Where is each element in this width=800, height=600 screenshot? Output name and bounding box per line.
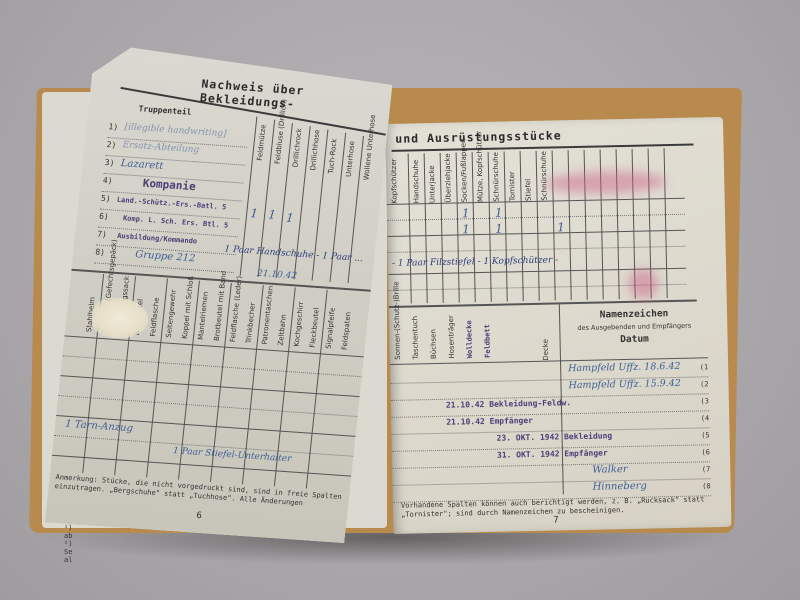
col-header: Handschuhe xyxy=(412,155,421,203)
grid-line xyxy=(552,150,556,300)
col-header: Patronentaschen xyxy=(261,289,275,344)
col-header: Feldbluse (Drillich) xyxy=(274,124,286,164)
signature-text: Walker xyxy=(592,464,628,476)
col-header: Brotbeutel mit Band xyxy=(213,286,227,341)
tally: 1 xyxy=(462,206,470,220)
left-page-heading: Nachweis über Bekleidungs- xyxy=(199,77,392,118)
tally: 1 xyxy=(557,220,565,234)
col-header: Drillichrock xyxy=(291,127,303,167)
signature-text: Hinneberg xyxy=(593,481,647,493)
grid-line xyxy=(664,148,668,298)
unit-row-num: 4) xyxy=(102,176,113,186)
footnote-line: Se xyxy=(64,548,72,556)
row-num: (4 xyxy=(701,414,710,422)
col-header: Überziehjacke xyxy=(444,155,453,203)
col-header: Koppel mit Schloß xyxy=(181,284,195,339)
col-header: Signalpfeife xyxy=(325,294,339,349)
col-header: Mantelriemen xyxy=(197,285,211,340)
handwritten-annotation: 1 Paar Handschuhe - 1 Paar ... xyxy=(224,244,364,264)
col-header: Kopfschützer xyxy=(390,156,399,204)
signature-rows: Hampfeld Uffz. 18.6.42 (1 Hampfeld Uffz.… xyxy=(390,360,711,503)
lower-col-header: Feldbett xyxy=(483,312,492,358)
col-header: Zeltbahn xyxy=(277,291,291,346)
col-header: Schnürschuhe xyxy=(540,153,549,201)
col-header: Seitengewehr xyxy=(165,283,179,338)
row-num: (8 xyxy=(702,482,711,490)
footnote-fragments: ¹) ab ²) Se al xyxy=(64,524,72,564)
handwritten-annotation: 1 Tarn-Anzug xyxy=(65,419,134,435)
unit-entry: Kompanie xyxy=(142,177,196,194)
unit-row-num: 6) xyxy=(99,212,110,222)
unit-row-num: 5) xyxy=(101,194,112,204)
unit-row-num: 8) xyxy=(95,247,106,257)
signature-text: Hampfeld Uffz. 18.6.42 xyxy=(568,361,681,374)
footnote-line: ¹) xyxy=(64,524,72,532)
page-number-left: 6 xyxy=(196,511,202,521)
signature-text: 21.10.42 Bekleidung-Feldw. xyxy=(446,398,571,410)
signature-header: Namenzeichen des Ausgebenden und Empfäng… xyxy=(564,307,705,346)
unit-header: Truppenteil xyxy=(138,104,192,117)
grid-line xyxy=(389,300,697,308)
signature-text: 31. OKT. 1942 Empfänger xyxy=(497,448,608,459)
lower-col-header: Sonnen-(Schutz-)Brille xyxy=(393,314,402,360)
grid-line xyxy=(568,150,572,300)
col-header: Feldspaten xyxy=(340,295,354,350)
col-header: Feldflasche xyxy=(149,282,163,337)
footnote-line: al xyxy=(64,556,72,564)
col-header: Feldflasche (Leder) xyxy=(229,287,243,342)
unit-row-num: 1) xyxy=(108,122,119,132)
row-num: (1 xyxy=(700,363,709,371)
tally: 1 xyxy=(462,222,470,236)
footnote-line: ab xyxy=(64,532,72,540)
unit-entry: [illegible handwriting] xyxy=(124,122,227,139)
col-header: Tornister xyxy=(508,153,517,201)
col-header: Trinkbecher xyxy=(245,288,259,343)
tally: 1 xyxy=(285,211,294,225)
unit-entry: Gruppe 212 xyxy=(135,249,196,264)
torn-paper-patch xyxy=(92,298,148,338)
unit-row-num: 7) xyxy=(97,230,108,240)
tally: 1 xyxy=(495,222,503,236)
col-header: Tuch-Rock xyxy=(327,134,339,174)
tally: 1 xyxy=(268,207,277,221)
row-num: (3 xyxy=(700,397,709,405)
lower-col-header: Taschentuch xyxy=(411,313,420,359)
lower-col-header: Wolldecke xyxy=(465,312,474,358)
row-num: (7 xyxy=(702,465,711,473)
col-header: Unterjacke xyxy=(428,155,437,203)
col-header: Wollene Unterhose xyxy=(362,140,374,180)
lower-col-header: Büchsen xyxy=(429,313,438,359)
signature-text: 21.10.42 Empfänger xyxy=(446,416,533,427)
pink-stain xyxy=(628,268,659,299)
remark-note: Anmerkung: Stücke, die nicht vorgedruckt… xyxy=(54,473,345,511)
unit-row-num: 2) xyxy=(106,140,117,150)
col-header: Kochgeschirr xyxy=(293,292,307,347)
lower-col-header: Hosenträger xyxy=(447,313,456,359)
col-header: Feldmütze xyxy=(256,121,268,161)
unit-row-num: 3) xyxy=(104,158,115,168)
unit-entry: Ausbildung/Kommando xyxy=(117,232,198,246)
tally: 1 xyxy=(250,206,259,220)
right-page: und Ausrüstungsstücke Kopfschützer Hands… xyxy=(385,117,732,534)
col-header: Fleckbeutel xyxy=(309,293,323,348)
page-number-right: 7 xyxy=(553,515,559,525)
signature-header-line3: Datum xyxy=(564,332,704,346)
signature-header-line1: Namenzeichen xyxy=(564,307,704,321)
col-header: Stiefel xyxy=(524,153,533,201)
col-header: Drillichhose xyxy=(309,130,321,170)
signature-text: 23. OKT. 1942 Bekleidung xyxy=(497,431,613,442)
col-header: Mütze, Kopfschützer xyxy=(476,154,485,202)
tally: 1 xyxy=(495,206,503,220)
footnote-line: ²) xyxy=(64,540,72,548)
row-num: (2 xyxy=(700,380,709,388)
handwritten-row: - 1 Paar Filzstiefel - 1 Kopfschützer - xyxy=(392,255,558,268)
col-header: Unterhose xyxy=(345,137,357,177)
signature-text: Hampfeld Uffz. 15.9.42 xyxy=(568,378,681,391)
handwritten-annotation: 1 Paar Stiefel-Unterhalter xyxy=(172,446,291,464)
unit-entry: Lazarett xyxy=(120,158,164,172)
handwritten-date: 21.10.42 xyxy=(256,269,297,282)
col-header: Socken/Fußlappen xyxy=(460,154,469,202)
signature-header-line2: des Ausgebenden und Empfängers xyxy=(564,321,704,332)
left-leaf-page: Nachweis über Bekleidungs- Truppenteil 1… xyxy=(45,45,395,543)
row-num: (5 xyxy=(701,431,710,439)
col-header: Schnürschuhe xyxy=(492,154,501,202)
row-num: (6 xyxy=(701,448,710,456)
unit-entry: Komp. L. Sch. Ers. Btl. 5 xyxy=(123,214,229,229)
lower-col-header: Decke xyxy=(541,331,550,361)
